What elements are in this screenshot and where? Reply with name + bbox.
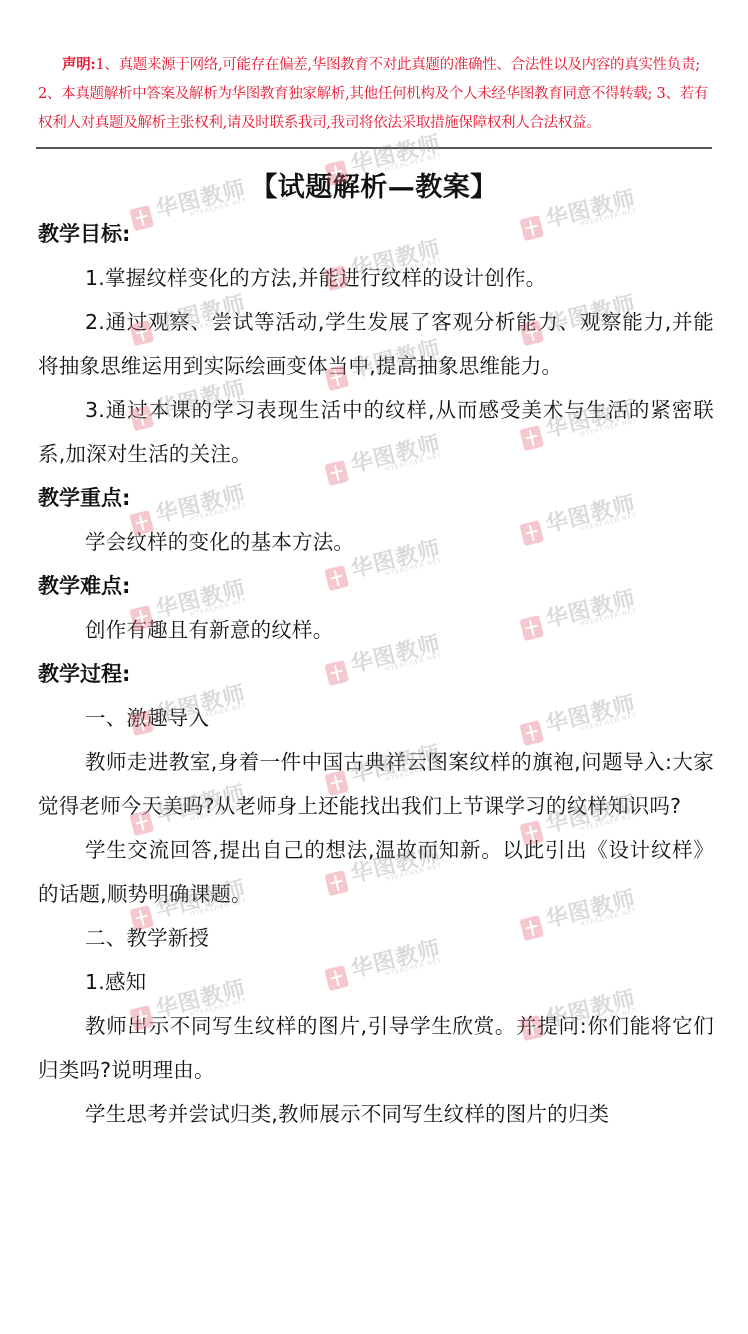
process-paragraph: 教师走进教室,身着一件中国古典祥云图案纹样的旗袍,问题导入:大家觉得老师今天美吗… [38, 740, 714, 828]
disclaimer-lead: 声明: [62, 56, 95, 73]
heading-objectives: 教学目标: [38, 212, 714, 256]
process-paragraph: 学生交流回答,提出自己的想法,温故而知新。以此引出《设计纹样》的话题,顺势明确课… [38, 828, 714, 916]
objective-1: 1.掌握纹样变化的方法,并能进行纹样的设计创作。 [38, 256, 714, 300]
disclaimer: 声明:1、真题来源于网络,可能存在偏差,华图教育不对此真题的准确性、合法性以及内… [38, 50, 710, 138]
process-substep-title: 1.感知 [38, 960, 714, 1004]
heading-key-points: 教学重点: [38, 476, 714, 520]
heading-difficulties: 教学难点: [38, 564, 714, 608]
page-title: 【试题解析—教案】 [0, 165, 748, 204]
divider [36, 147, 712, 149]
disclaimer-text: 1、真题来源于网络,可能存在偏差,华图教育不对此真题的准确性、合法性以及内容的真… [38, 57, 708, 131]
heading-process: 教学过程: [38, 652, 714, 696]
objective-2: 2.通过观察、尝试等活动,学生发展了客观分析能力、观察能力,并能将抽象思维运用到… [38, 300, 714, 388]
objective-3: 3.通过本课的学习表现生活中的纹样,从而感受美术与生活的紧密联系,加深对生活的关… [38, 388, 714, 476]
process-step-2-title: 二、教学新授 [38, 916, 714, 960]
process-paragraph: 学生思考并尝试归类,教师展示不同写生纹样的图片的归类 [38, 1092, 714, 1136]
difficulties-text: 创作有趣且有新意的纹样。 [38, 608, 714, 652]
process-step-1-title: 一、激趣导入 [38, 696, 714, 740]
lesson-plan: 教学目标: 1.掌握纹样变化的方法,并能进行纹样的设计创作。 2.通过观察、尝试… [38, 212, 714, 1136]
key-points-text: 学会纹样的变化的基本方法。 [38, 520, 714, 564]
process-paragraph: 教师出示不同写生纹样的图片,引导学生欣赏。并提问:你们能将它们归类吗?说明理由。 [38, 1004, 714, 1092]
